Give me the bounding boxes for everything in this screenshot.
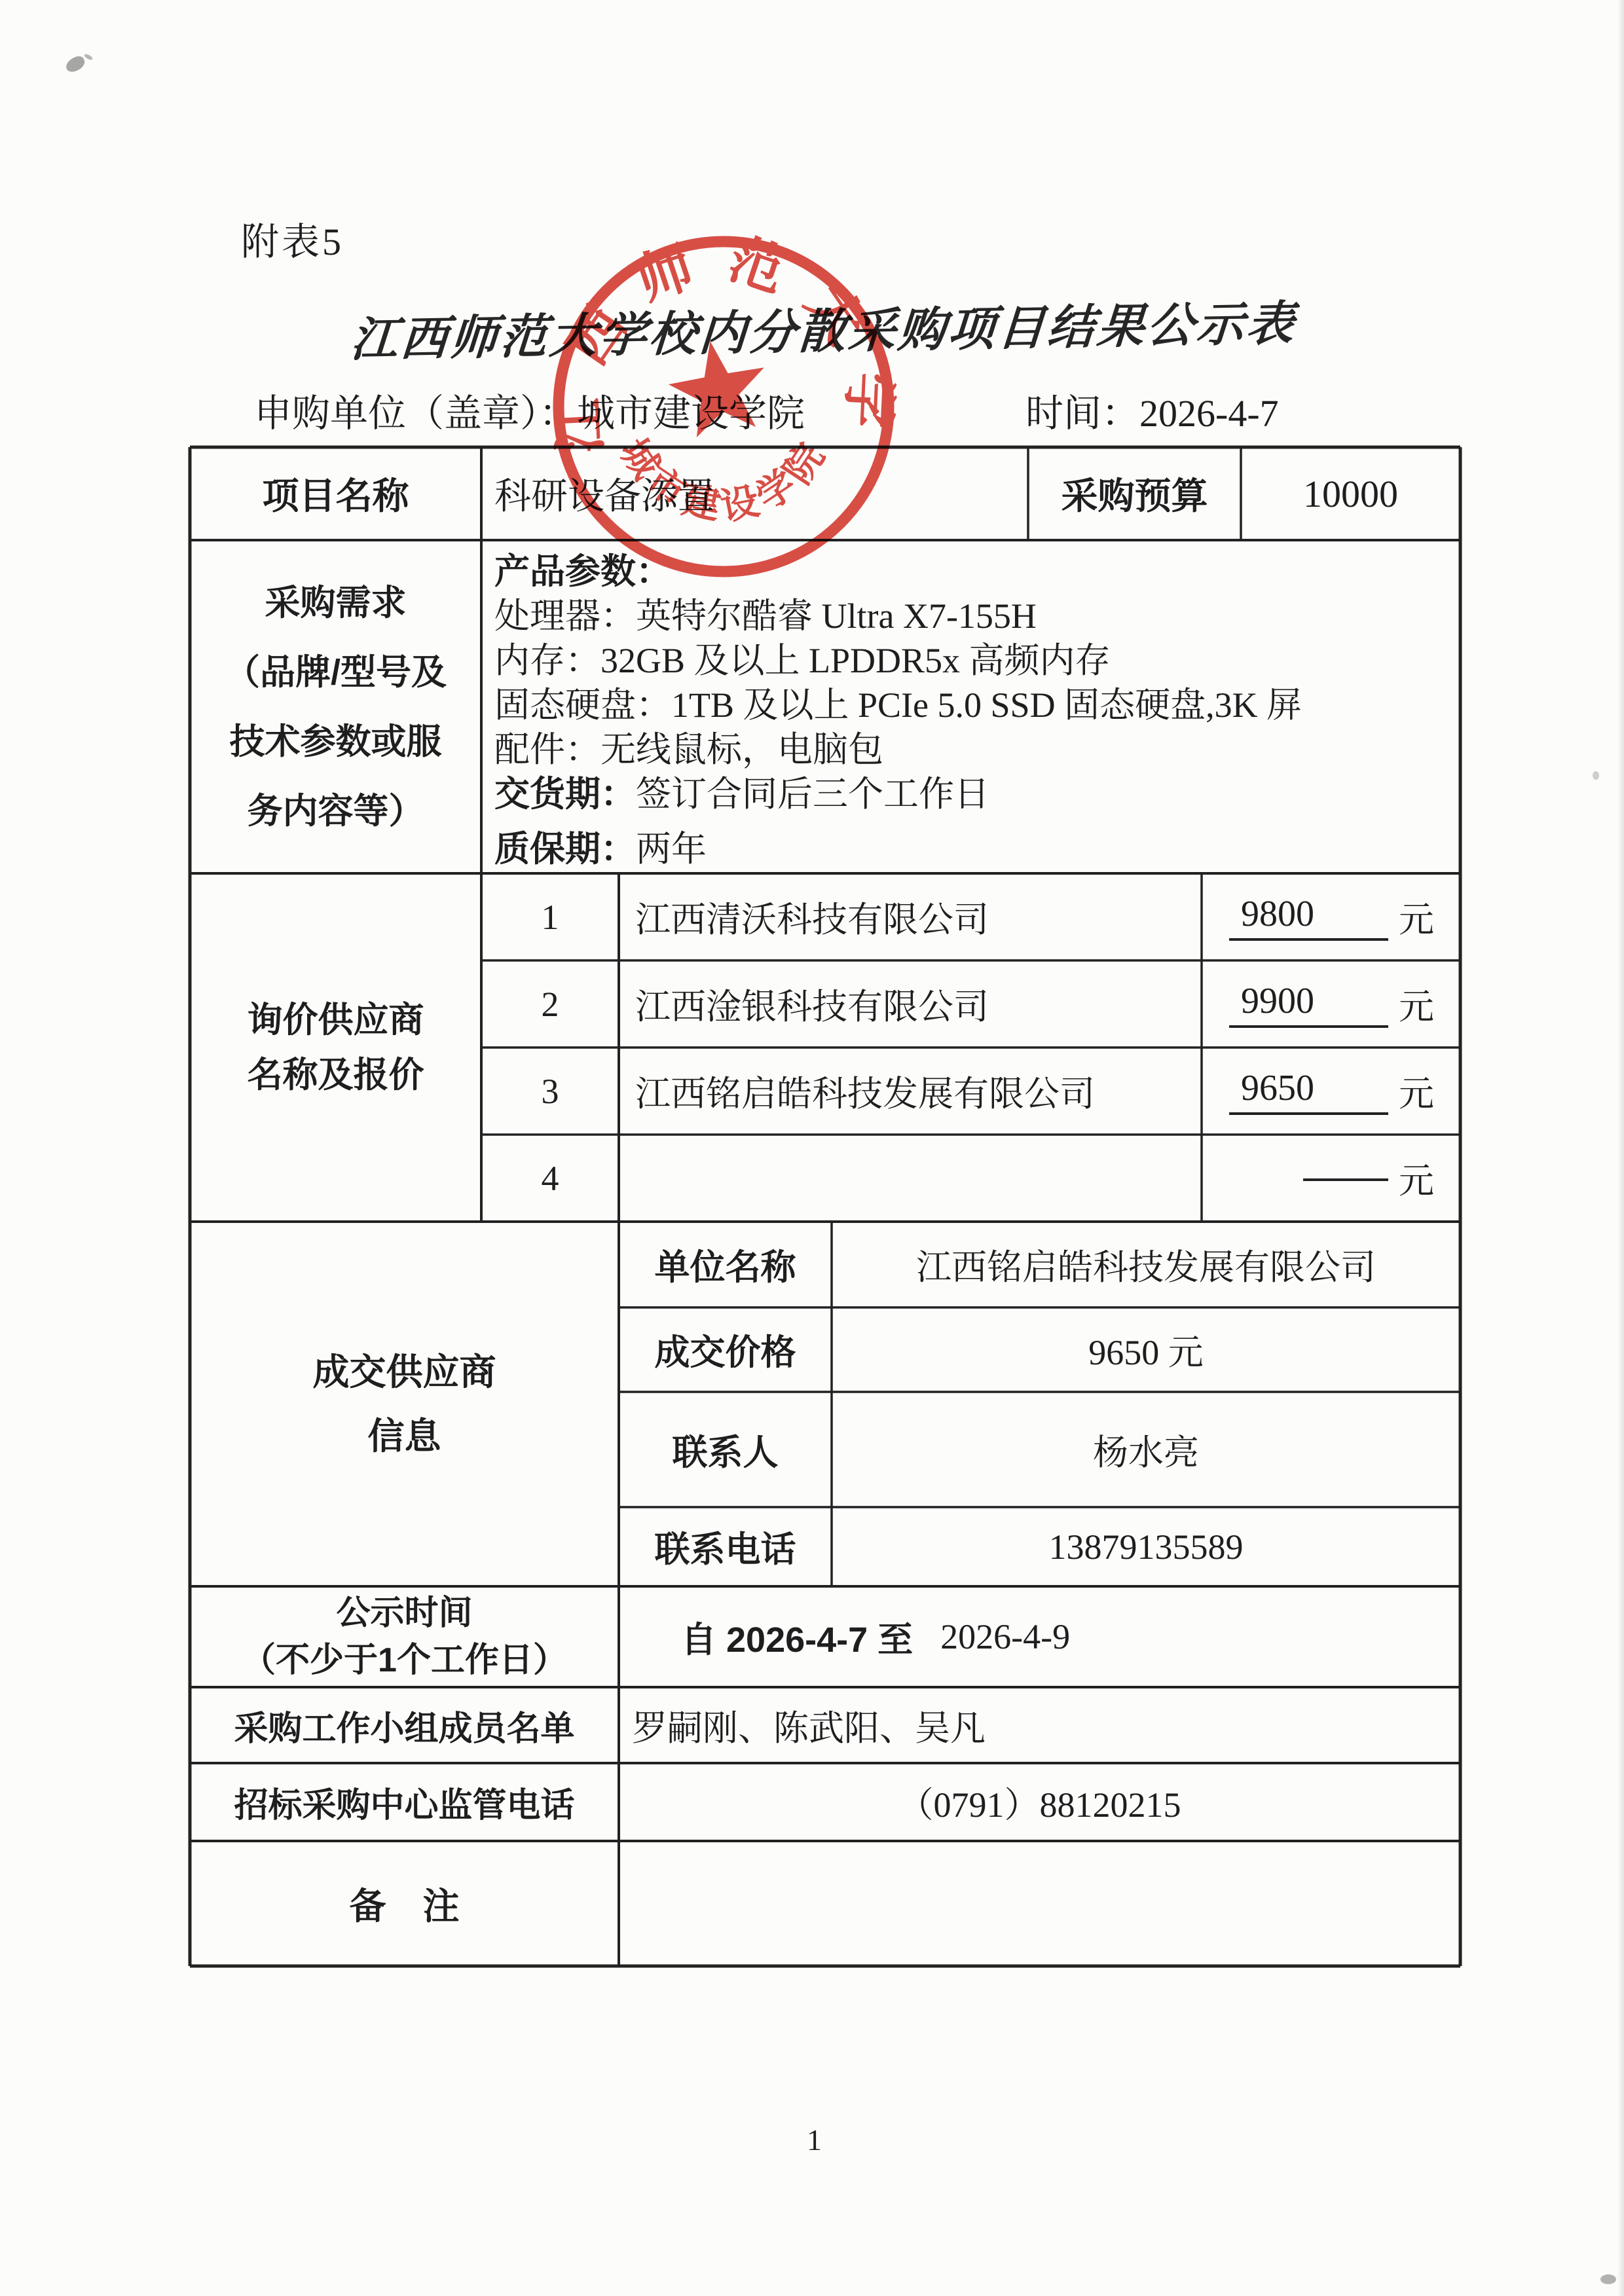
supplier-row-name: 江西淦银科技有限公司 <box>619 960 1218 1048</box>
warranty-label: 质保期： <box>494 829 636 869</box>
supervision-value: （0791）88120215 <box>619 1763 1460 1841</box>
scan-speck <box>1593 771 1599 780</box>
winner-company-label: 单位名称 <box>619 1222 832 1307</box>
team-value: 罗嗣刚、陈武阳、吴凡 <box>619 1687 1473 1763</box>
currency-unit: 元 <box>1399 892 1434 942</box>
winner-contact-label: 联系人 <box>619 1392 832 1507</box>
project-name-label: 项目名称 <box>190 447 481 540</box>
winner-phone-value: 13879135589 <box>832 1507 1460 1586</box>
supplier-row-price: 9900元 <box>1202 960 1460 1048</box>
star-icon <box>662 333 774 441</box>
stamp-university-text: 江西师范大学 <box>546 228 900 455</box>
publicity-value: 自 2026-4-7 至 2026-4-9 <box>619 1586 1460 1687</box>
winner-label-line: 成交供应商 <box>313 1340 496 1404</box>
winner-label: 成交供应商 信息 <box>190 1222 619 1586</box>
warranty-value: 两年 <box>636 829 707 869</box>
team-label: 采购工作小组成员名单 <box>190 1687 619 1763</box>
applicant-label: 申购单位（盖章）： <box>254 392 577 435</box>
spec-ram: 内存：32GB 及以上 LPDDR5x 高频内存 <box>494 638 1444 683</box>
supplier-row-number: 4 <box>481 1135 619 1222</box>
currency-unit: 元 <box>1399 979 1434 1029</box>
scan-edge-shadow <box>1617 0 1624 2296</box>
currency-unit: 元 <box>1399 1066 1434 1116</box>
supplier-price-value: 9900 <box>1229 980 1388 1028</box>
delivery-value: 签订合同后三个工作日 <box>636 774 989 814</box>
scan-speck <box>1600 2274 1616 2284</box>
currency-unit: 元 <box>1399 1153 1434 1203</box>
delivery-label: 交货期： <box>494 774 636 814</box>
suppliers-label: 询价供应商 名称及报价 <box>190 873 481 1222</box>
winner-contact-value: 杨水亮 <box>832 1392 1460 1507</box>
publicity-label-line: （不少于1个工作日） <box>242 1637 567 1684</box>
supplier-row-number: 3 <box>481 1048 619 1135</box>
stamp-college-text: 城市建设学院 <box>612 431 836 529</box>
winner-price-value: 9650 元 <box>832 1307 1460 1392</box>
supplier-row-number: 2 <box>481 960 619 1048</box>
supervision-label: 招标采购中心监管电话 <box>190 1763 619 1841</box>
winner-company-value: 江西铭启皓科技发展有限公司 <box>832 1222 1460 1307</box>
delivery-line: 交货期：签订合同后三个工作日 <box>494 772 1444 816</box>
scan-smudge <box>64 54 87 74</box>
spec-cpu: 处理器：英特尔酷睿 Ultra X7-155H <box>494 594 1444 638</box>
suppliers-label-line: 询价供应商 <box>248 993 424 1048</box>
spec-accessories: 配件：无线鼠标，电脑包 <box>494 727 1444 772</box>
requirements-label-line: 采购需求 <box>225 568 447 638</box>
publicity-label-line: 公示时间 <box>242 1590 567 1637</box>
requirements-label-line: 技术参数或服 <box>225 707 447 776</box>
date-label: 时间： <box>1025 392 1139 435</box>
supplier-row-name <box>619 1135 1218 1222</box>
publicity-label: 公示时间 （不少于1个工作日） <box>190 1586 619 1687</box>
remarks-label: 备 注 <box>190 1841 619 1966</box>
warranty-line: 质保期：两年 <box>494 827 1444 871</box>
budget-value: 10000 <box>1241 447 1460 540</box>
supplier-row-price: 9800元 <box>1202 873 1460 960</box>
supplier-row-name: 江西清沃科技有限公司 <box>619 873 1218 960</box>
publicity-range-prefix: 自 2026-4-7 至 <box>681 1612 913 1662</box>
winner-phone-label: 联系电话 <box>619 1507 832 1586</box>
date-value: 2026-4-7 <box>1139 392 1279 435</box>
spec-ssd: 固态硬盘：1TB 及以上 PCIe 5.0 SSD 固态硬盘,3K 屏 <box>494 683 1444 727</box>
winner-price-label: 成交价格 <box>619 1307 832 1392</box>
remarks-value <box>619 1841 1460 1966</box>
scan-smudge <box>83 53 93 61</box>
svg-text:江西师范大学: 江西师范大学 <box>546 228 900 455</box>
requirements-label: 采购需求 （品牌/型号及 技术参数或服 务内容等） <box>190 540 481 873</box>
page-number: 1 <box>807 2123 822 2157</box>
requirements-label-line: （品牌/型号及 <box>225 638 447 707</box>
supplier-price-value <box>1303 1175 1388 1181</box>
official-stamp: 江西师范大学 城市建设学院 <box>545 228 904 587</box>
supplier-row-number: 1 <box>481 873 619 960</box>
svg-text:城市建设学院: 城市建设学院 <box>612 431 836 529</box>
date-line: 时间：2026-4-7 <box>1025 382 1279 437</box>
winner-label-line: 信息 <box>313 1404 496 1468</box>
supplier-row-price: 9650元 <box>1202 1048 1460 1135</box>
supplier-price-value: 9800 <box>1229 893 1388 941</box>
requirements-content: 产品参数： 处理器：英特尔酷睿 Ultra X7-155H 内存：32GB 及以… <box>494 549 1444 871</box>
document-page: 附表5 江西师范大学校内分散采购项目结果公示表 申购单位（盖章）：城市建设学院 … <box>0 0 1624 2296</box>
budget-label: 采购预算 <box>1028 447 1241 540</box>
supplier-row-name: 江西铭启皓科技发展有限公司 <box>619 1048 1218 1135</box>
publicity-range-end: 2026-4-9 <box>940 1616 1070 1657</box>
supplier-row-price: 元 <box>1202 1135 1460 1222</box>
requirements-label-line: 务内容等） <box>225 776 447 846</box>
suppliers-label-line: 名称及报价 <box>248 1048 424 1102</box>
appendix-label: 附表5 <box>241 211 344 266</box>
supplier-price-value: 9650 <box>1229 1067 1388 1115</box>
